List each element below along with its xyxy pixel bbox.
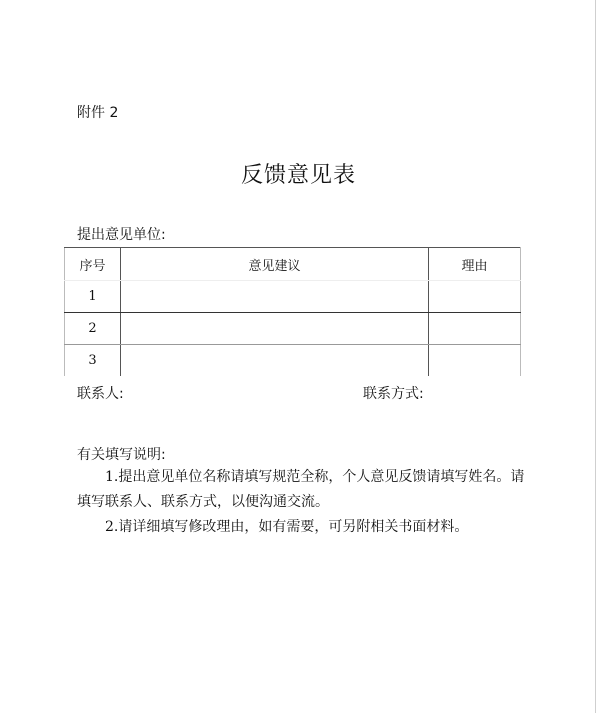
- annex-label: 附件 2: [77, 102, 118, 122]
- table-header-row: 序号 意见建议 理由: [65, 248, 521, 281]
- header-reason: 理由: [429, 248, 521, 281]
- note-number: 1.: [105, 469, 118, 485]
- suggestion-cell[interactable]: [121, 281, 429, 313]
- note-item: 1.提出意见单位名称请填写规范全称，个人意见反馈请填写姓名。请填写联系人、联系方…: [77, 465, 527, 515]
- row-index: 2: [65, 313, 121, 345]
- row-index: 1: [65, 281, 121, 313]
- reason-cell[interactable]: [429, 313, 521, 345]
- title-text: 反馈意见表: [241, 158, 356, 189]
- table-row: 1: [65, 281, 521, 313]
- row-index: 3: [65, 345, 121, 377]
- header-suggestion: 意见建议: [121, 248, 429, 281]
- header-index: 序号: [65, 248, 121, 281]
- notes-title: 有关填写说明:: [77, 444, 166, 464]
- contact-person-label: 联系人:: [77, 383, 124, 403]
- submitting-unit-label: 提出意见单位:: [77, 224, 166, 244]
- note-number: 2.: [105, 519, 118, 535]
- contact-method-label: 联系方式:: [363, 383, 424, 403]
- note-text: 提出意见单位名称请填写规范全称，个人意见反馈请填写姓名。请填写联系人、联系方式，…: [77, 469, 524, 510]
- feedback-table: 序号 意见建议 理由 1 2 3: [64, 247, 521, 376]
- note-text: 请详细填写修改理由，如有需要，可另附相关书面材料。: [118, 519, 468, 535]
- page-edge: [595, 0, 596, 713]
- reason-cell[interactable]: [429, 345, 521, 377]
- note-item: 2.请详细填写修改理由，如有需要，可另附相关书面材料。: [77, 515, 527, 540]
- suggestion-cell[interactable]: [121, 345, 429, 377]
- table-row: 2: [65, 313, 521, 345]
- reason-cell[interactable]: [429, 281, 521, 313]
- table-row: 3: [65, 345, 521, 377]
- document-title: 反馈意见表: [0, 158, 597, 189]
- suggestion-cell[interactable]: [121, 313, 429, 345]
